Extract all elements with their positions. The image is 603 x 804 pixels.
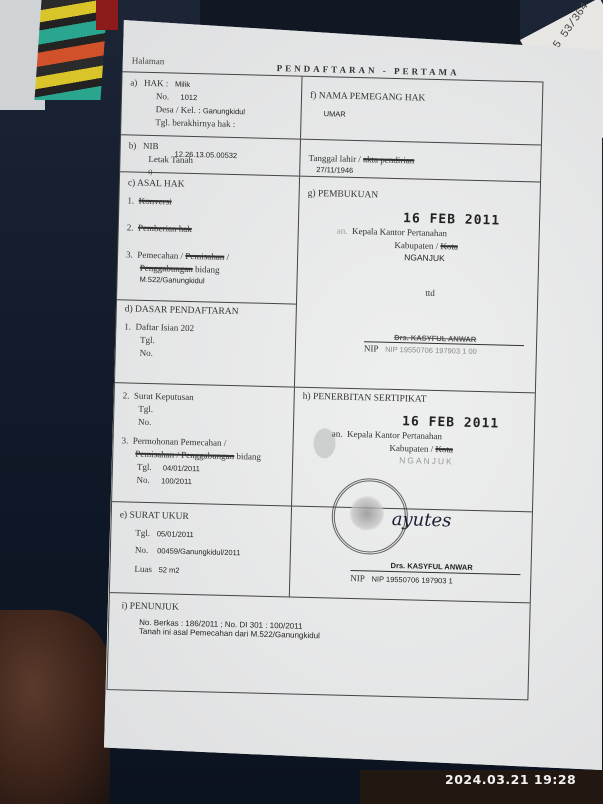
nib-label: NIB [143,141,159,151]
row-asal-pembukuan: c) ASAL HAK 1. Konversi 2. Pemberian hak… [115,172,540,393]
tgl-berakhir-label: Tgl. berakhirnya hak : [129,115,292,132]
asal-item-1-num: 1. [127,195,134,205]
land-certificate-form: Halaman PENDAFTARAN - PERTAMA a) HAK : M… [96,55,542,705]
section-f-birthdate: Tanggal lahir / akta pendirian 27/11/194… [300,140,541,182]
holder-name: UMAR [324,109,534,123]
section-f-pemegang: f) NAMA PEMEGANG HAK UMAR [301,77,542,145]
dasar-bidang-text: bidang [234,451,261,462]
penerbitan-kota-struck: Kota [435,444,453,454]
asal-item-pemisahan-struck: Pemisahan [185,251,224,262]
desa-label: Desa / Kel. : [156,104,201,115]
bidang-text: bidang [193,264,220,275]
ukur-tgl-label: Tgl. [135,528,150,538]
pembukuan-ttd: ttd [425,287,529,303]
halaman-label: Halaman [132,55,165,66]
photo-timestamp: 2024.03.21 19:28 [445,772,576,787]
dasar-item-2-num: 2. [123,390,130,400]
pembukuan-nip-label: NIP [364,343,379,353]
tgl-lahir-label: Tanggal lahir / [308,153,363,164]
asal-item-2-num: 2. [127,222,134,232]
desa-value: Ganungkidul [203,106,245,116]
hak-label: HAK : [144,78,168,89]
dasar-item-1-num: 1. [124,321,131,331]
nib-value: 12.26.13.05.00532 [174,148,237,163]
dasar-item-3-num: 3. [121,435,128,445]
asal-item-3-num: 3. [126,249,133,259]
signature: ayutes [391,509,451,531]
section-h-heading: h) PENERBITAN SERTIPIKAT [303,392,527,407]
section-g-heading: g) PEMBUKUAN [308,189,532,204]
row-dasar-penerbitan: 2. Surat Keputusan Tgl. No. 3. Permohona… [112,383,535,512]
pembukuan-nip-value: NIP 19550706 197903 1 00 [385,345,477,356]
hand-left [0,610,110,804]
section-h-penerbitan: h) PENERBITAN SERTIPIKAT 16 FEB 2011 an.… [292,388,535,512]
asal-item-pemecahan: Pemecahan / [137,250,185,261]
garuda-emblem-icon [348,495,385,532]
section-b-nib: b) NIB Letak Tanah 12.26.13.05.00532 t) [120,135,301,175]
section-i-penunjuk: i) PENUNJUK No. Berkas : 186/2011 ; No. … [108,593,333,694]
row-hak-pemegang: a) HAK : Milik No. 1012 Desa / Kel. : Ga… [121,72,542,145]
section-a-letter: a) [130,77,137,87]
left-column-c-d: c) ASAL HAK 1. Konversi 2. Pemberian hak… [115,172,300,386]
surat-keputusan: Surat Keputusan [134,391,194,402]
no-label: No. [156,91,169,101]
akta-pendirian-struck: akta pendirian [363,154,414,165]
section-d-heading: d) DASAR PENDAFTARAN [125,304,288,318]
dasar-item-3-no-label: No. [137,475,150,485]
dasar-item-1-no: No. [124,346,287,363]
section-h-signature: ayutes Drs. KASYFUL ANWAR NIP NIP 195507… [290,507,532,603]
penerbitan-office-2: Kabupaten / [389,443,435,454]
penerbitan-nip-value: NIP 19550706 197903 1 [371,574,452,585]
asal-item-konversi: Konversi [139,196,172,207]
section-d-continued: 2. Surat Keputusan Tgl. No. 3. Permohona… [112,383,295,505]
section-c-heading: c) ASAL HAK [128,178,291,192]
dasar-item-3-no-value: 100/2011 [161,476,192,486]
pembukuan-an: an. [337,226,348,236]
permohonan-pemecahan: Permohonan Pemecahan / [133,436,227,448]
section-e-surat-ukur: e) SURAT UKUR Tgl. 05/01/2011 No. 00459/… [110,502,292,596]
hak-value: Milik [175,80,190,89]
dasar-item-2-no: No. [122,415,285,432]
section-f-heading: f) NAMA PEMEGANG HAK [310,91,534,106]
penerbitan-city: NGANJUK [399,455,525,468]
section-c-asal-hak: c) ASAL HAK 1. Konversi 2. Pemberian hak… [117,172,299,304]
section-a-hak: a) HAK : Milik No. 1012 Desa / Kel. : Ga… [121,72,302,138]
pemisahan-penggabungan-struck: Pemisahan / Penggabungan [135,449,234,461]
no-value: 1012 [180,93,197,102]
row-penunjuk: i) PENUNJUK No. Berkas : 186/2011 ; No. … [108,593,530,699]
pembukuan-kota-struck: Kota [440,241,458,251]
row-surat-ukur: e) SURAT UKUR Tgl. 05/01/2011 No. 00459/… [110,502,532,603]
dasar-item-3-tgl-label: Tgl. [137,462,152,472]
ukur-tgl-value: 05/01/2011 [157,529,194,539]
section-b-letter: b) [129,140,137,150]
daftar-isian: Daftar Isian 202 [135,322,194,333]
ukur-no-value: 00459/Ganungkidul/2011 [157,546,240,557]
penerbitan-office-1: Kepala Kantor Pertanahan [347,429,442,441]
red-object [96,0,118,30]
section-d-dasar: d) DASAR PENDAFTARAN 1. Daftar Isian 202… [115,300,295,367]
pembukuan-office-1: Kepala Kantor Pertanahan [352,226,447,238]
luas-value: 52 m2 [159,565,180,575]
penerbitan-nip-label: NIP [350,573,365,583]
pembukuan-city: NGANJUK [404,252,530,265]
pembukuan-office-2: Kabupaten / [394,240,440,251]
section-i-heading: i) PENUNJUK [121,601,320,616]
ink-blot [313,428,336,459]
ukur-no-label: No. [135,545,148,555]
asal-item-pemberian: Pemberian hak [138,223,192,234]
form-grid: a) HAK : Milik No. 1012 Desa / Kel. : Ga… [106,71,543,700]
section-g-pembukuan: g) PEMBUKUAN 16 FEB 2011 an. Kepala Kant… [295,177,540,393]
luas-label: Luas [134,564,152,574]
section-e-heading: e) SURAT UKUR [120,510,283,524]
asal-item-3-slash: / [224,252,229,262]
dasar-item-3-tgl-value: 04/01/2011 [163,463,200,473]
penggabungan-struck: Penggabungan [140,263,193,274]
